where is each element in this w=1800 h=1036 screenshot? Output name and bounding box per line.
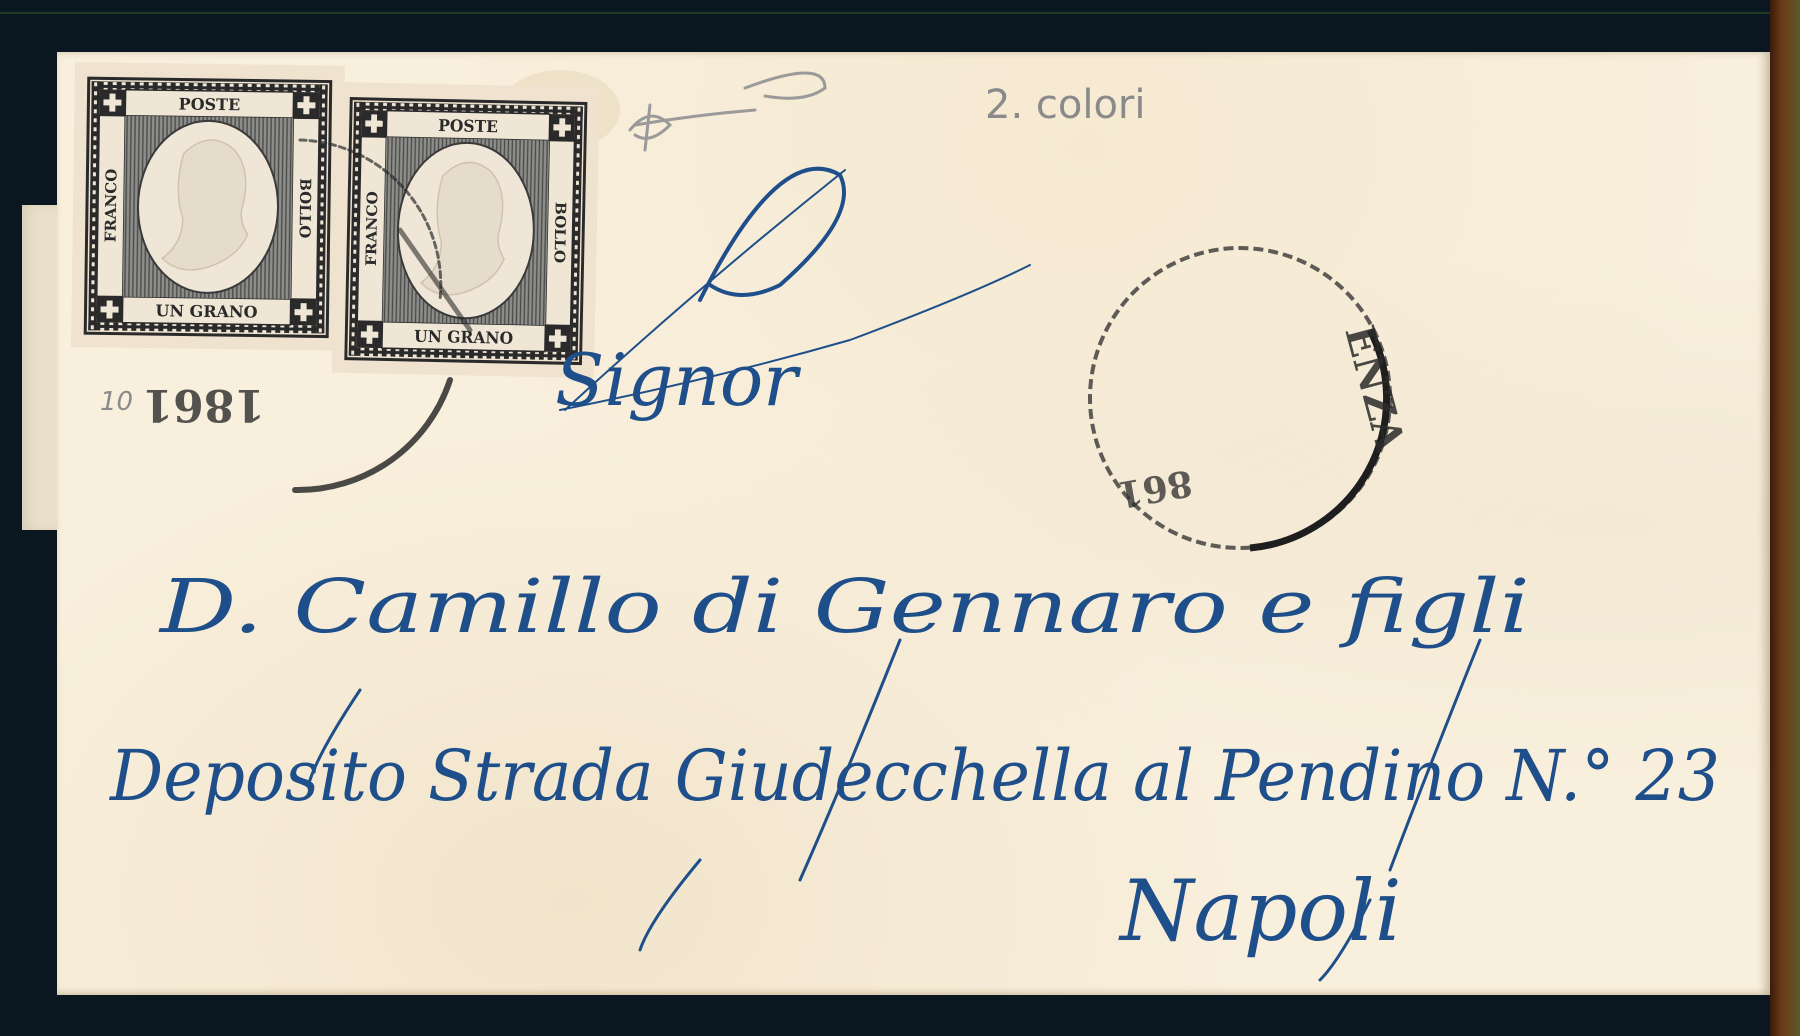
pencil-signature [630, 73, 825, 150]
address-city: Napoli [1118, 862, 1402, 960]
svg-text:POSTE: POSTE [178, 94, 240, 114]
svg-text:BOLLO: BOLLO [296, 178, 315, 238]
address-line-1: D. Camillo di Gennaro e figli [157, 564, 1530, 650]
pencil-note-colori: 2. colori [985, 82, 1146, 128]
cover-artwork: POSTE UN GRANO FRANCO BOLLO POSTE UN GRA… [0, 0, 1800, 1036]
postmark-left-year: 1861 [143, 379, 265, 430]
stamp-right: POSTE UN GRANO FRANCO BOLLO [332, 82, 600, 378]
svg-text:BOLLO: BOLLO [551, 202, 570, 264]
pencil-note-10: 10 [100, 387, 133, 417]
address-line-2: Deposito Strada Giudecchella al Pendino … [108, 735, 1720, 817]
svg-text:FRANCO: FRANCO [101, 169, 120, 243]
stamp-left: POSTE UN GRANO FRANCO BOLLO [71, 62, 345, 351]
svg-text:861: 861 [1114, 461, 1195, 515]
salutation-signor: Signor [555, 338, 801, 422]
svg-text:FRANCO: FRANCO [362, 191, 381, 266]
svg-text:POSTE: POSTE [438, 116, 498, 137]
svg-text:UN GRANO: UN GRANO [414, 326, 513, 348]
postmark-right: ENZA 861 [1090, 248, 1414, 548]
svg-text:ENZA: ENZA [1335, 320, 1414, 456]
svg-text:UN GRANO: UN GRANO [155, 301, 257, 321]
